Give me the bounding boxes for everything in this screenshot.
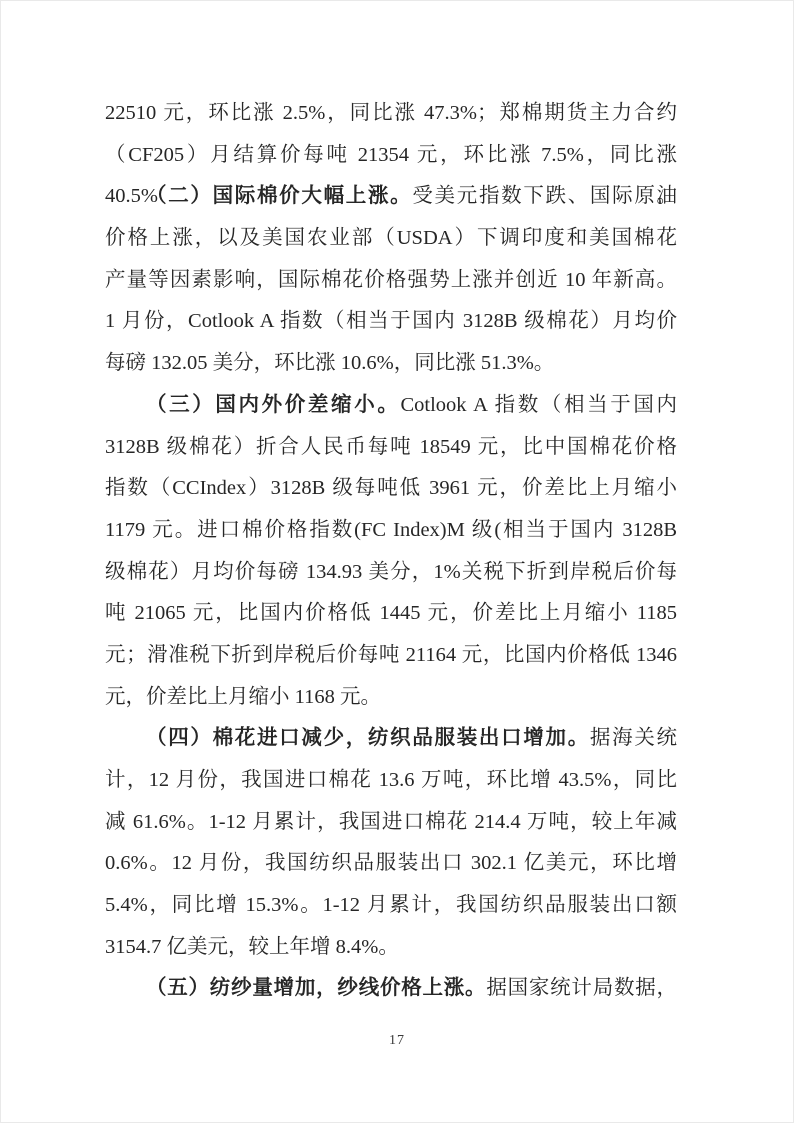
text-line: 1179 元。进口棉价格指数(FC Index)M 级(相当于国内 3128B — [105, 510, 677, 552]
body-text: 减 61.6%。1-12 月累计，我国进口棉花 214.4 万吨，较上年减 — [105, 811, 677, 833]
heading-lead-text: （五）纺纱量增加，纱线价格上涨。 — [146, 977, 486, 999]
text-line: 0.6%。12 月份，我国纺织品服装出口 302.1 亿美元，环比增 — [105, 843, 677, 885]
body-text: 3128B 级棉花）折合人民币每吨 18549 元，比中国棉花价格 — [105, 436, 677, 458]
text-line: 3128B 级棉花）折合人民币每吨 18549 元，比中国棉花价格 — [105, 427, 677, 469]
body-text: 产量等因素影响，国际棉花价格强势上涨并创近 10 年新高。 — [105, 269, 677, 291]
text-line: 计，12 月份，我国进口棉花 13.6 万吨，环比增 43.5%，同比 — [105, 760, 677, 802]
text-line: 3154.7 亿美元，较上年增 8.4%。 — [105, 927, 677, 969]
text-line: 元；滑准税下折到岸税后价每吨 21164 元，比国内价格低 1346 — [105, 635, 677, 677]
text-line: （CF205）月结算价每吨 21354 元，环比涨 7.5%，同比涨 40.5%… — [105, 135, 677, 177]
text-line: 元，价差比上月缩小 1168 元。 — [105, 677, 677, 719]
body-text: 3154.7 亿美元，较上年增 8.4%。 — [105, 936, 399, 958]
body-text: 据海关统 — [590, 727, 677, 749]
text-line: 减 61.6%。1-12 月累计，我国进口棉花 214.4 万吨，较上年减 — [105, 802, 677, 844]
text-line: 22510 元，环比涨 2.5%，同比涨 47.3%；郑棉期货主力合约 — [105, 93, 677, 135]
paragraph-heading-line: （三）国内外价差缩小。Cotlook A 指数（相当于国内 — [105, 385, 677, 427]
text-line: 1 月份，Cotlook A 指数（相当于国内 3128B 级棉花）月均价 — [105, 301, 677, 343]
text-line: 产量等因素影响，国际棉花价格强势上涨并创近 10 年新高。 — [105, 260, 677, 302]
text-line: 价格上涨，以及美国农业部（USDA）下调印度和美国棉花 — [105, 218, 677, 260]
body-text: 1179 元。进口棉价格指数(FC Index)M 级(相当于国内 3128B — [105, 519, 677, 541]
document-page: 22510 元，环比涨 2.5%，同比涨 47.3%；郑棉期货主力合约（CF20… — [0, 0, 794, 1123]
body-text: 级棉花）月均价每磅 134.93 美分，1%关税下折到岸税后价每 — [105, 561, 677, 583]
heading-lead-text: （三）国内外价差缩小。 — [146, 394, 400, 416]
document-body: 22510 元，环比涨 2.5%，同比涨 47.3%；郑棉期货主力合约（CF20… — [105, 93, 677, 1010]
body-text: 指数（CCIndex）3128B 级每吨低 3961 元，价差比上月缩小 — [105, 477, 677, 499]
heading-lead-text: （二）国际棉价大幅上涨。 — [146, 185, 412, 207]
text-line: 每磅 132.05 美分，环比涨 10.6%，同比涨 51.3%。 — [105, 343, 677, 385]
body-text: 价格上涨，以及美国农业部（USDA）下调印度和美国棉花 — [105, 227, 677, 249]
body-text: 吨 21065 元，比国内价格低 1445 元，价差比上月缩小 1185 — [105, 602, 677, 624]
body-text: 元，价差比上月缩小 1168 元。 — [105, 686, 381, 708]
text-line: 5.4%，同比增 15.3%。1-12 月累计，我国纺织品服装出口额 — [105, 885, 677, 927]
text-line: 指数（CCIndex）3128B 级每吨低 3961 元，价差比上月缩小 — [105, 468, 677, 510]
paragraph-heading-line: （四）棉花进口减少，纺织品服装出口增加。据海关统 — [105, 718, 677, 760]
body-text: 计，12 月份，我国进口棉花 13.6 万吨，环比增 43.5%，同比 — [105, 769, 677, 791]
body-text: 元；滑准税下折到岸税后价每吨 21164 元，比国内价格低 1346 — [105, 644, 677, 666]
paragraph-heading-line: （二）国际棉价大幅上涨。受美元指数下跌、国际原油 — [105, 176, 677, 218]
body-text: 每磅 132.05 美分，环比涨 10.6%，同比涨 51.3%。 — [105, 352, 554, 374]
body-text: 22510 元，环比涨 2.5%，同比涨 47.3%；郑棉期货主力合约 — [105, 102, 677, 124]
text-line: 吨 21065 元，比国内价格低 1445 元，价差比上月缩小 1185 — [105, 593, 677, 635]
text-line: 级棉花）月均价每磅 134.93 美分，1%关税下折到岸税后价每 — [105, 552, 677, 594]
body-text: 5.4%，同比增 15.3%。1-12 月累计，我国纺织品服装出口额 — [105, 894, 677, 916]
paragraph-heading-line: （五）纺纱量增加，纱线价格上涨。据国家统计局数据， — [105, 968, 677, 1010]
body-text: 1 月份，Cotlook A 指数（相当于国内 3128B 级棉花）月均价 — [105, 310, 677, 332]
heading-lead-text: （四）棉花进口减少，纺织品服装出口增加。 — [146, 727, 590, 749]
page-number: 17 — [1, 1033, 793, 1049]
body-text: 受美元指数下跌、国际原油 — [412, 185, 677, 207]
body-text: Cotlook A 指数（相当于国内 — [400, 394, 677, 416]
body-text: 0.6%。12 月份，我国纺织品服装出口 302.1 亿美元，环比增 — [105, 852, 677, 874]
body-text: 据国家统计局数据， — [486, 977, 677, 999]
